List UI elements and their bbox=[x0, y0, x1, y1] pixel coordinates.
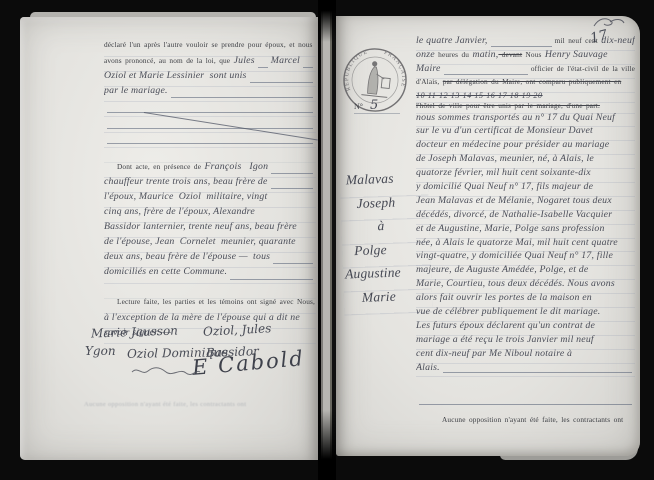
text-segment: Augustine bbox=[345, 266, 401, 281]
text-segment: Jean Malavas et de Mélanie, Nogaret tous… bbox=[416, 196, 612, 206]
text-segment: majeure, de Auguste Amédée, Polge, et de bbox=[416, 265, 588, 275]
text-segment: d'Alais, bbox=[416, 78, 443, 85]
text-segment: nous sommes transportés au n° 17 du Quai… bbox=[416, 113, 615, 123]
text-line: Oziol et Marie Lessinier sont unis bbox=[104, 71, 316, 86]
text-line: et de Augustine, Marie, Polge sans profe… bbox=[416, 224, 635, 238]
text-segment: alors fait ouvrir les portes de la maiso… bbox=[416, 293, 592, 303]
text-line: Lecture faite, les parties et les témoin… bbox=[104, 298, 316, 313]
text-line: par le mariage. bbox=[104, 86, 316, 101]
text-segment: Polge bbox=[354, 242, 387, 257]
text-segment: Marcel bbox=[271, 56, 300, 66]
ruled-blank bbox=[230, 279, 313, 280]
text-segment: devant bbox=[498, 51, 522, 58]
text-segment: onze bbox=[416, 50, 435, 60]
text-line bbox=[104, 283, 316, 298]
text-line: sur le vu d'un certificat de Monsieur Da… bbox=[416, 126, 635, 140]
text-line: Bassidor lanternier, trente neuf ans, be… bbox=[104, 222, 316, 237]
text-segment: 10 11 12 13 14 15 16 17 18 19 20 bbox=[416, 92, 543, 100]
text-line: Maireofficier de l'état-civil de la vill… bbox=[416, 64, 635, 78]
text-segment: décédés, divorcé, de Nathalie-Isabelle V… bbox=[416, 210, 612, 220]
text-segment: Maire bbox=[416, 64, 441, 74]
text-segment: Henry Sauvage bbox=[545, 50, 608, 60]
text-segment: de l'épouse, Jean Cornelet meunier, quar… bbox=[104, 237, 296, 247]
text-segment: Marie, Courtieu, tous deux décédés. Nous… bbox=[416, 279, 615, 289]
ruled-blank bbox=[171, 97, 313, 98]
signature: Ygon bbox=[85, 344, 116, 358]
text-segment: mariage a été reçu le trois Janvier mil … bbox=[416, 335, 594, 345]
text-line bbox=[104, 147, 316, 162]
text-line: cent dix-neuf par Me Niboul notaire à bbox=[416, 349, 635, 363]
text-line: Les futurs époux déclarent qu'un contrat… bbox=[416, 321, 635, 335]
text-segment: l'hôtel de ville pour être unis par le m… bbox=[416, 102, 600, 109]
text-line bbox=[104, 116, 316, 131]
text-segment: dix-neuf bbox=[601, 36, 635, 46]
ruled-blank bbox=[107, 112, 313, 113]
text-line: 10 11 12 13 14 15 16 17 18 19 20 bbox=[416, 92, 635, 103]
numero-label: N° bbox=[354, 102, 363, 111]
text-line: quatorze février, mil huit cent soixante… bbox=[416, 168, 635, 182]
text-segment: docteur en médecine pour présider au mar… bbox=[416, 140, 609, 150]
text-line bbox=[104, 101, 316, 116]
text-segment: matin, bbox=[472, 50, 498, 60]
text-segment: vue de célébrer publiquement le dit mari… bbox=[416, 307, 600, 317]
text-segment: Joseph bbox=[356, 195, 395, 210]
text-line: Dont acte, en présence de François Igon bbox=[104, 162, 316, 177]
text-line: Marie, Courtieu, tous deux décédés. Nous… bbox=[416, 279, 635, 293]
text-line: née, à Alais le quatorze Mai, mil huit c… bbox=[416, 238, 635, 252]
text-line: déclaré l'un après l'autre vouloir se pr… bbox=[104, 41, 316, 56]
ruled-blank bbox=[250, 82, 313, 83]
left-page-text: déclaré l'un après l'autre vouloir se pr… bbox=[104, 41, 316, 343]
text-line: alors fait ouvrir les portes de la maiso… bbox=[416, 293, 635, 307]
text-segment: sur le vu d'un certificat de Monsieur Da… bbox=[416, 126, 593, 136]
text-segment: Jules bbox=[234, 56, 255, 66]
text-segment: quatorze février, mil huit cent soixante… bbox=[416, 168, 591, 178]
text-line: vingt-quatre, y domiciliée Quai Neuf n° … bbox=[416, 251, 635, 265]
text-line: de Joseph Malavas, meunier, né, à Alais,… bbox=[416, 154, 635, 168]
text-line: d'Alais, par délégation du Maire, ont co… bbox=[416, 78, 635, 92]
text-segment: Aucune opposition n'ayant été faite, les… bbox=[442, 416, 623, 423]
text-line bbox=[416, 394, 635, 408]
text-segment: Dont acte, en présence de bbox=[117, 163, 204, 170]
text-line: docteur en médecine pour présider au mar… bbox=[416, 140, 635, 154]
text-segment: deux ans, beau frère de l'épouse — tous bbox=[104, 252, 270, 262]
ruled-blank bbox=[107, 128, 313, 129]
text-segment: par le mariage. bbox=[104, 86, 168, 96]
text-line: Alais. bbox=[416, 363, 635, 377]
text-line: avons prononcé, au nom de la loi, que Ju… bbox=[104, 56, 316, 71]
scanned-marriage-register: déclaré l'un après l'autre vouloir se pr… bbox=[0, 0, 654, 480]
text-segment: à bbox=[377, 219, 384, 233]
text-segment: par délégation du Maire, ont comparu pub… bbox=[443, 78, 622, 85]
ruled-blank bbox=[271, 173, 313, 174]
text-line: deux ans, beau frère de l'épouse — tous bbox=[104, 252, 316, 267]
text-segment: François Igon bbox=[204, 162, 268, 172]
text-segment: Oziol et Marie Lessinier sont unis bbox=[104, 71, 247, 81]
text-segment: l'époux, Maurice Oziol militaire, vingt bbox=[104, 192, 267, 202]
text-segment: cent dix-neuf par Me Niboul notaire à bbox=[416, 349, 572, 359]
text-line: vue de célébrer publiquement le dit mari… bbox=[416, 307, 635, 321]
text-segment: avons prononcé, au nom de la loi, que bbox=[104, 57, 234, 64]
text-line: décédés, divorcé, de Nathalie-Isabelle V… bbox=[416, 210, 635, 224]
text-segment: Les futurs époux déclarent qu'un contrat… bbox=[416, 321, 595, 331]
text-line: mariage a été reçu le trois Janvier mil … bbox=[416, 335, 635, 349]
ruled-blank bbox=[107, 143, 313, 144]
text-segment: chauffeur trente trois ans, beau frère d… bbox=[104, 177, 268, 187]
text-segment: Marie bbox=[362, 289, 396, 304]
text-line: y domicilié Quai Neuf n° 17, fils majeur… bbox=[416, 182, 635, 196]
ruled-blank bbox=[271, 188, 313, 189]
text-line: Aucune opposition n'ayant été faite, les… bbox=[416, 416, 635, 430]
text-segment: née, à Alais le quatorze Mai, mil huit c… bbox=[416, 238, 618, 248]
text-line: majeure, de Auguste Amédée, Polge, et de bbox=[416, 265, 635, 279]
text-line: de l'épouse, Jean Cornelet meunier, quar… bbox=[104, 237, 316, 252]
text-segment: Lecture faite, les parties et les témoin… bbox=[117, 298, 315, 305]
text-line: le quatre Janvier,mil neuf cent dix-neuf bbox=[416, 36, 635, 50]
text-segment: officier de l'état-civil de la ville bbox=[531, 65, 635, 72]
text-segment: et de Augustine, Marie, Polge sans profe… bbox=[416, 224, 605, 234]
text-segment: le quatre Janvier, bbox=[416, 36, 488, 46]
ruled-blank bbox=[491, 46, 552, 47]
text-segment: de Joseph Malavas, meunier, né, à Alais,… bbox=[416, 154, 594, 164]
text-segment: Nous bbox=[522, 51, 545, 58]
text-line: l'hôtel de ville pour être unis par le m… bbox=[416, 102, 635, 113]
text-segment: heures du bbox=[435, 51, 473, 58]
act-number: N° 5 bbox=[354, 98, 400, 114]
right-page: 17 RÉPUBLIQUE FRANÇAISE bbox=[336, 16, 640, 456]
text-segment: domiciliés en cette Commune. bbox=[104, 267, 227, 277]
ruled-blank bbox=[419, 404, 632, 405]
left-page: déclaré l'un après l'autre vouloir se pr… bbox=[20, 17, 318, 460]
text-segment: Bassidor lanternier, trente neuf ans, be… bbox=[104, 222, 297, 232]
text-segment: y domicilié Quai Neuf n° 17, fils majeur… bbox=[416, 182, 593, 192]
book-gutter bbox=[318, 0, 336, 480]
text-line: l'époux, Maurice Oziol militaire, vingt bbox=[104, 192, 316, 207]
text-segment: vingt-quatre, y domiciliée Quai Neuf n° … bbox=[416, 251, 613, 261]
ruled-blank bbox=[273, 263, 313, 264]
ruled-blank bbox=[303, 67, 313, 68]
text-segment: Malavas bbox=[346, 172, 394, 187]
text-line: nous sommes transportés au n° 17 du Quai… bbox=[416, 113, 635, 127]
ruled-blank bbox=[444, 74, 528, 75]
text-line: cinq ans, frère de l'époux, Alexandre bbox=[104, 207, 316, 222]
text-line: onze heures du matin, devant Nous Henry … bbox=[416, 50, 635, 64]
ruled-blank bbox=[443, 372, 632, 373]
paraph-flourish-icon bbox=[130, 364, 202, 383]
text-segment: déclaré l'un après l'autre vouloir se pr… bbox=[104, 41, 313, 48]
text-segment: mil neuf cent bbox=[555, 37, 602, 44]
stamp-text: FRANÇAISE bbox=[380, 49, 409, 88]
numero-value: 5 bbox=[370, 98, 378, 113]
right-page-text: le quatre Janvier,mil neuf cent dix-neuf… bbox=[416, 36, 635, 430]
marianne-figure-icon bbox=[361, 60, 391, 97]
text-segment: Alais. bbox=[416, 363, 440, 373]
text-line: domiciliés en cette Commune. bbox=[104, 267, 316, 282]
text-line: Jean Malavas et de Mélanie, Nogaret tous… bbox=[416, 196, 635, 210]
ruled-blank bbox=[258, 67, 268, 68]
text-segment: cinq ans, frère de l'époux, Alexandre bbox=[104, 207, 255, 217]
text-line: chauffeur trente trois ans, beau frère d… bbox=[104, 177, 316, 192]
bleed-through-text: Aucune opposition n'ayant été faite, les… bbox=[84, 401, 246, 408]
